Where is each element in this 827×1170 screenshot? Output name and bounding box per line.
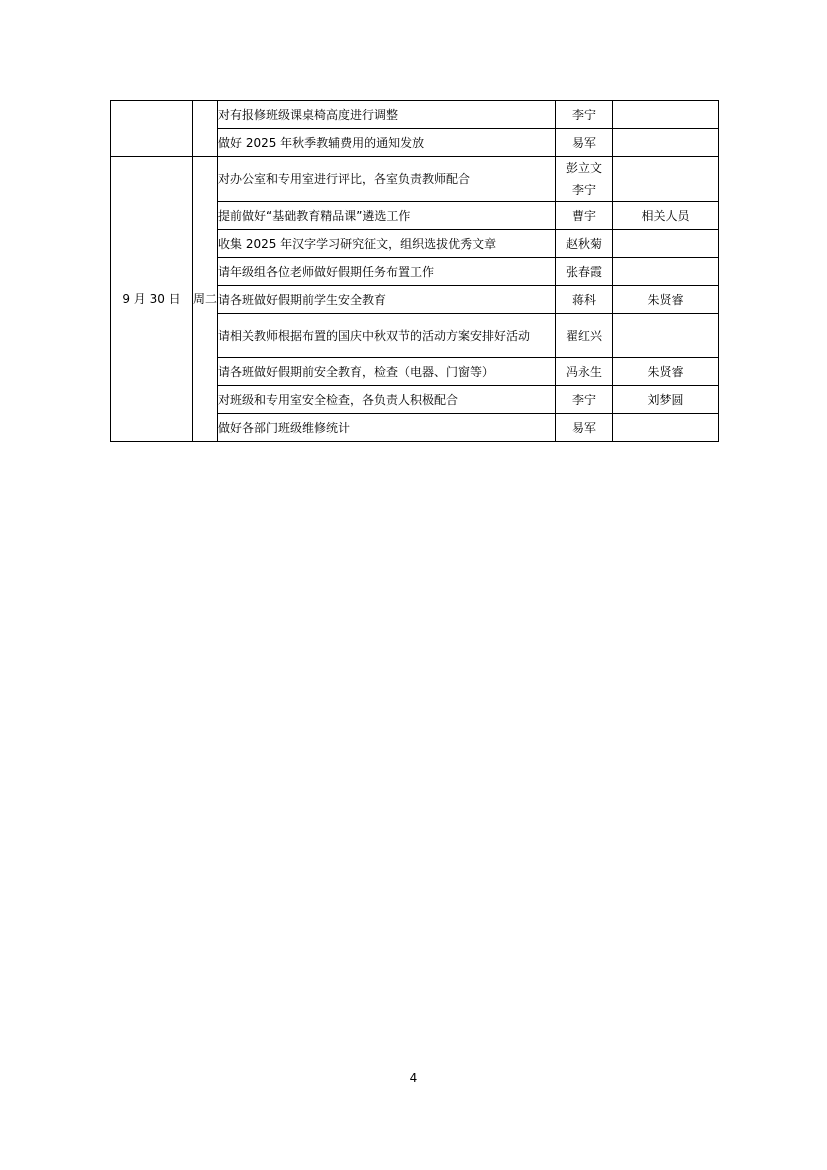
task-cell: 对有报修班级课桌椅高度进行调整 — [218, 101, 556, 129]
page-number: 4 — [0, 1071, 827, 1085]
owner-name: 李宁 — [556, 179, 612, 201]
task-cell: 请相关教师根据布置的国庆中秋双节的活动方案安排好活动 — [218, 314, 556, 358]
owner-cell: 翟红兴 — [556, 314, 613, 358]
table-row: 对有报修班级课桌椅高度进行调整李宁 — [111, 101, 719, 129]
owner-cell: 冯永生 — [556, 358, 613, 386]
owner-name: 张春霞 — [556, 261, 612, 283]
owner-cell: 赵秋菊 — [556, 230, 613, 258]
owner-cell: 李宁 — [556, 386, 613, 414]
date-cell: 9 月 30 日 — [111, 157, 193, 442]
assist-cell: 朱贤睿 — [613, 286, 719, 314]
owner-name: 赵秋菊 — [556, 233, 612, 255]
owner-name: 曹宇 — [556, 205, 612, 227]
owner-cell: 易军 — [556, 414, 613, 442]
task-cell: 请各班做好假期前安全教育，检查（电器、门窗等） — [218, 358, 556, 386]
weekday-cell: 周二 — [193, 157, 218, 442]
task-cell: 做好各部门班级维修统计 — [218, 414, 556, 442]
owner-name: 翟红兴 — [556, 325, 612, 347]
assist-cell — [613, 230, 719, 258]
task-cell: 对班级和专用室安全检查，各负责人积极配合 — [218, 386, 556, 414]
owner-cell: 蒋科 — [556, 286, 613, 314]
assist-cell — [613, 101, 719, 129]
document-page: 对有报修班级课桌椅高度进行调整李宁做好 2025 年秋季教辅费用的通知发放易军9… — [0, 0, 827, 1170]
assist-cell — [613, 314, 719, 358]
assist-cell — [613, 129, 719, 157]
owner-cell: 李宁 — [556, 101, 613, 129]
weekday-cell — [193, 101, 218, 157]
task-cell: 做好 2025 年秋季教辅费用的通知发放 — [218, 129, 556, 157]
owner-name: 李宁 — [556, 389, 612, 411]
owner-name: 蒋科 — [556, 289, 612, 311]
assist-cell — [613, 414, 719, 442]
owner-cell: 易军 — [556, 129, 613, 157]
task-cell: 请各班做好假期前学生安全教育 — [218, 286, 556, 314]
task-cell: 请年级组各位老师做好假期任务布置工作 — [218, 258, 556, 286]
assist-cell — [613, 258, 719, 286]
task-cell: 对办公室和专用室进行评比，各室负责教师配合 — [218, 157, 556, 202]
owner-name: 易军 — [556, 132, 612, 154]
owner-cell: 曹宇 — [556, 202, 613, 230]
owner-cell: 彭立文李宁 — [556, 157, 613, 202]
assist-cell: 刘梦圆 — [613, 386, 719, 414]
task-cell: 提前做好“基础教育精品课”遴选工作 — [218, 202, 556, 230]
owner-name: 彭立文 — [556, 157, 612, 179]
assist-cell: 相关人员 — [613, 202, 719, 230]
assist-cell: 朱贤睿 — [613, 358, 719, 386]
work-schedule-table: 对有报修班级课桌椅高度进行调整李宁做好 2025 年秋季教辅费用的通知发放易军9… — [110, 100, 719, 442]
assist-cell — [613, 157, 719, 202]
owner-name: 易军 — [556, 417, 612, 439]
owner-name: 冯永生 — [556, 361, 612, 383]
task-cell: 收集 2025 年汉字学习研究征文，组织选拔优秀文章 — [218, 230, 556, 258]
table-row: 9 月 30 日周二对办公室和专用室进行评比，各室负责教师配合彭立文李宁 — [111, 157, 719, 202]
owner-name: 李宁 — [556, 104, 612, 126]
date-cell — [111, 101, 193, 157]
owner-cell: 张春霞 — [556, 258, 613, 286]
